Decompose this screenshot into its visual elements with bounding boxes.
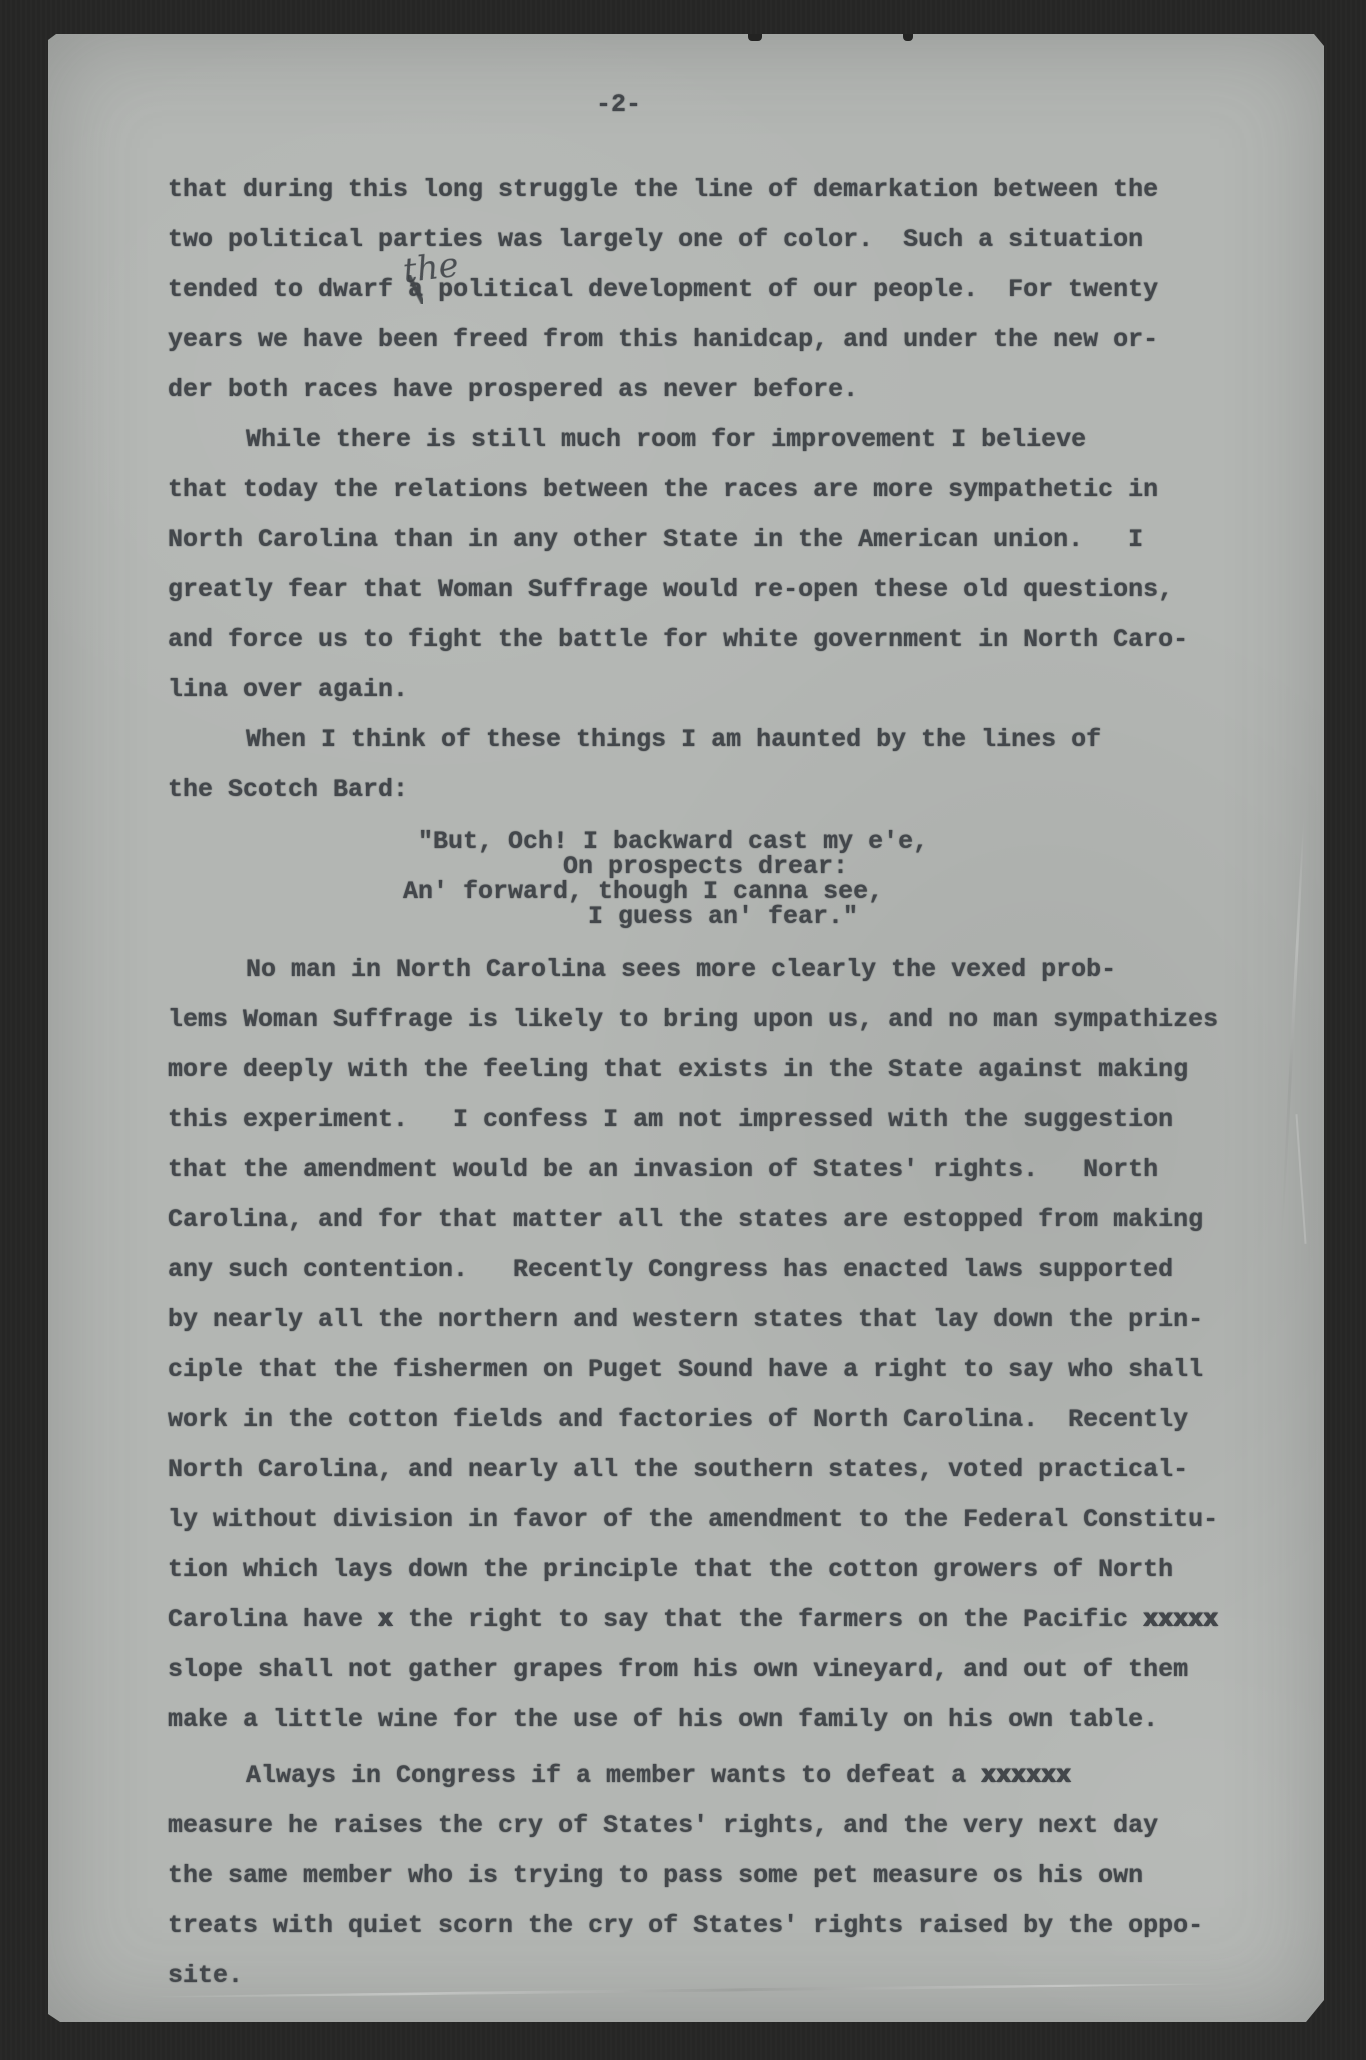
typed-line: While there is still much room for impro… <box>168 415 1324 465</box>
typed-line: that during this long struggle the line … <box>168 165 1324 215</box>
typed-line: treats with quiet scorn the cry of State… <box>168 1901 1324 1951</box>
typed-line-with-correction: Always in Congress if a member wants to … <box>168 1751 1324 1801</box>
typed-line: ciple that the fishermen on Puget Sound … <box>168 1345 1324 1395</box>
typed-line: the same member who is trying to pass so… <box>168 1851 1324 1901</box>
page-number: -2- <box>596 92 641 117</box>
typed-line: make a little wine for the use of his ow… <box>168 1695 1324 1745</box>
typed-segment: political development of our people. For… <box>423 275 1158 304</box>
paragraph-2: While there is still much room for impro… <box>168 415 1324 715</box>
typed-line-with-correction: tended to dwarf a political development … <box>168 265 1324 315</box>
typed-line: tion which lays down the principle that … <box>168 1545 1324 1595</box>
poem-line: I guess an' fear." <box>168 904 1324 929</box>
typed-line: years we have been freed from this hanid… <box>168 315 1324 365</box>
typed-body: that during this long struggle the line … <box>48 165 1324 2001</box>
typed-line: this experiment. I confess I am not impr… <box>168 1095 1324 1145</box>
typed-line: slope shall not gather grapes from his o… <box>168 1645 1324 1695</box>
typed-line: North Carolina than in any other State i… <box>168 515 1324 565</box>
typed-line: der both races have prospered as never b… <box>168 365 1324 415</box>
typed-line: Carolina, and for that matter all the st… <box>168 1195 1324 1245</box>
typed-line: lems Woman Suffrage is likely to bring u… <box>168 995 1324 1045</box>
typed-line: and force us to fight the battle for whi… <box>168 615 1324 665</box>
typed-line-with-correction: Carolina have x the right to say that th… <box>168 1595 1324 1645</box>
poem-line: On prospects drear: <box>168 854 1324 879</box>
typed-segment: Carolina have <box>168 1605 378 1634</box>
typed-line: by nearly all the northern and western s… <box>168 1295 1324 1345</box>
typed-line: When I think of these things I am haunte… <box>168 715 1324 765</box>
paragraph-4: No man in North Carolina sees more clear… <box>168 945 1324 1745</box>
paragraph-1: that during this long struggle the line … <box>168 165 1324 415</box>
typed-line: the Scotch Bard: <box>168 765 1324 815</box>
typed-line: that today the relations between the rac… <box>168 465 1324 515</box>
struck-out-word: xxxxxx <box>981 1761 1071 1790</box>
scan-artifact <box>748 34 762 41</box>
typed-line: ly without division in favor of the amen… <box>168 1495 1324 1545</box>
typed-segment: the right to say that the farmers on the… <box>393 1605 1143 1634</box>
typed-line: more deeply with the feeling that exists… <box>168 1045 1324 1095</box>
typed-line: No man in North Carolina sees more clear… <box>168 945 1324 995</box>
typed-line: work in the cotton fields and factories … <box>168 1395 1324 1445</box>
struck-out-character: x <box>378 1605 393 1634</box>
typed-line: any such contention. Recently Congress h… <box>168 1245 1324 1295</box>
typed-line: greatly fear that Woman Suffrage would r… <box>168 565 1324 615</box>
struck-out-word: xxxxx <box>1143 1605 1218 1634</box>
poem-quote: "But, Och! I backward cast my e'e, On pr… <box>168 829 1324 929</box>
typed-line: lina over again. <box>168 665 1324 715</box>
struck-out-character: a <box>408 275 423 304</box>
poem-line: "But, Och! I backward cast my e'e, <box>168 829 1324 854</box>
paragraph-3: When I think of these things I am haunte… <box>168 715 1324 815</box>
typed-segment: tended to dwarf <box>168 275 408 304</box>
typed-line: that the amendment would be an invasion … <box>168 1145 1324 1195</box>
typed-segment: Always in Congress if a member wants to … <box>246 1761 981 1790</box>
document-page: -2- the that during this long struggle t… <box>48 34 1324 2022</box>
typed-line: two political parties was largely one of… <box>168 215 1324 265</box>
poem-line: An' forward, though I canna see, <box>168 879 1324 904</box>
typed-line: North Carolina, and nearly all the south… <box>168 1445 1324 1495</box>
scan-artifact <box>903 34 913 41</box>
typed-line: measure he raises the cry of States' rig… <box>168 1801 1324 1851</box>
paragraph-5: Always in Congress if a member wants to … <box>168 1751 1324 2001</box>
